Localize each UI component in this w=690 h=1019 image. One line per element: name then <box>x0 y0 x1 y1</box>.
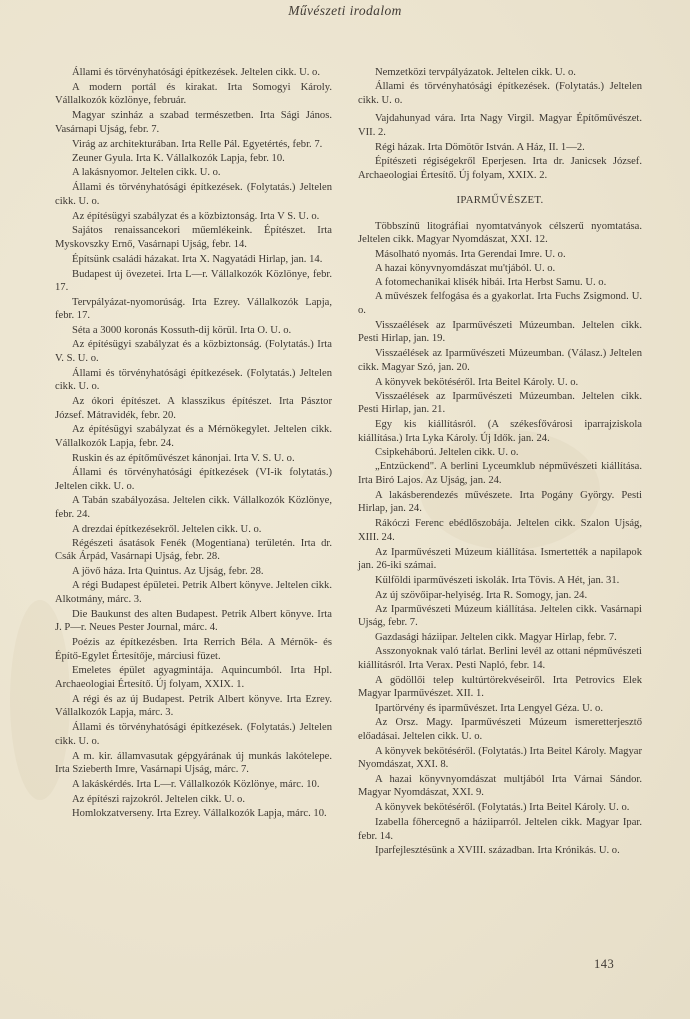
bibliography-entry: A gödöllői telep kultúrtörekvéseiről. Ir… <box>358 674 642 701</box>
bibliography-entry: Állami és törvényhatósági építkezések. (… <box>55 721 332 748</box>
bibliography-entry: A könyvek bekötéséről. (Folytatás.) Irta… <box>358 801 642 815</box>
bibliography-entry: Régi házak. Irta Dömötör István. A Ház, … <box>358 141 642 155</box>
bibliography-entry: Izabella főhercegnő a háziiparról. Jelte… <box>358 816 642 843</box>
bibliography-entry: A lakásberendezés művészete. Irta Pogány… <box>358 489 642 516</box>
bibliography-entry: Vajdahunyad vára. Irta Nagy Virgil. Magy… <box>358 112 642 139</box>
bibliography-entry: Ipartörvény és iparművészet. Irta Lengye… <box>358 702 642 716</box>
bibliography-entry: Külföldi iparművészeti iskolák. Irta Töv… <box>358 574 642 588</box>
bibliography-entry: Egy kis kiállításról. (A székesfővárosi … <box>358 418 642 445</box>
bibliography-entry: Állami és törvényhatósági építkezések. (… <box>55 367 332 394</box>
bibliography-entry: Állami és törvényhatósági építkezések (V… <box>55 466 332 493</box>
bibliography-entry: Építsünk családi házakat. Irta X. Nagyat… <box>55 253 332 267</box>
bibliography-entry: Régészeti ásatások Fenék (Mogentiana) te… <box>55 537 332 564</box>
bibliography-entry: Az építésügyi szabályzat és a közbiztons… <box>55 210 332 224</box>
bibliography-entry: Állami és törvényhatósági építkezések. (… <box>358 80 642 107</box>
bibliography-entry: A hazai könyvnyomdászat mu'tjából. U. o. <box>358 262 642 276</box>
bibliography-entry: Sajátos renaissancekori műemlékeink. Épí… <box>55 224 332 251</box>
page-number: 143 <box>594 957 614 972</box>
bibliography-entry: Építészeti régiségekről Eperjesen. Irta … <box>358 155 642 182</box>
bibliography-entry: Az építészi rajzokról. Jeltelen cikk. U.… <box>55 793 332 807</box>
bibliography-entry: Séta a 3000 koronás Kossuth-dij körül. I… <box>55 324 332 338</box>
bibliography-entry: A fotomechanikai klisék hibái. Irta Herb… <box>358 276 642 290</box>
bibliography-entry: Visszaélések az Iparművészeti Múzeumban.… <box>358 319 642 346</box>
bibliography-entry: A művészek felfogása és a gyakorlat. Irt… <box>358 290 642 317</box>
bibliography-entry: Tervpályázat-nyomorúság. Irta Ezrey. Vál… <box>55 296 332 323</box>
left-column: Állami és törvényhatósági építkezések. J… <box>55 66 332 822</box>
bibliography-entry: A régi és az új Budapest. Petrik Albert … <box>55 693 332 720</box>
section-heading: IPARMŰVÉSZET. <box>358 194 642 208</box>
right-column: Nemzetközi tervpályázatok. Jeltelen cikk… <box>358 66 642 859</box>
bibliography-entry: Ruskin és az építőművészet kánonjai. Irt… <box>55 452 332 466</box>
bibliography-entry: Emeletes épület agyagmintája. Aquincumbó… <box>55 664 332 691</box>
running-title: Művészeti irodalom <box>0 3 690 19</box>
bibliography-entry: Visszaélések az Iparművészeti Múzeumban.… <box>358 347 642 374</box>
bibliography-entry: Virág az architekturában. Irta Relle Pál… <box>55 138 332 152</box>
bibliography-entry: Die Baukunst des alten Budapest. Petrik … <box>55 608 332 635</box>
bibliography-entry: Az építésügyi szabályzat és a közbiztons… <box>55 338 332 365</box>
bibliography-entry: Asszonyoknak való tárlat. Berlini levél … <box>358 645 642 672</box>
bibliography-entry: A lakáskérdés. Irta L—r. Vállalkozók Köz… <box>55 778 332 792</box>
bibliography-entry: Az építésügyi szabályzat és a Mérnökegyl… <box>55 423 332 450</box>
bibliography-entry: Rákóczi Ferenc ebédlőszobája. Jeltelen c… <box>358 517 642 544</box>
bibliography-entry: A drezdai építkezésekről. Jeltelen cikk.… <box>55 523 332 537</box>
bibliography-entry: Zeuner Gyula. Irta K. Vállalkozók Lapja,… <box>55 152 332 166</box>
bibliography-entry: A Tabán szabályozása. Jeltelen cikk. Vál… <box>55 494 332 521</box>
bibliography-entry: Iparfejlesztésünk a XVIII. században. Ir… <box>358 844 642 858</box>
bibliography-entry: Az Orsz. Magy. Iparművészeti Múzeum isme… <box>358 716 642 743</box>
bibliography-entry: A lakásnyomor. Jeltelen cikk. U. o. <box>55 166 332 180</box>
bibliography-entry: A m. kir. államvasutak gépgyárának új mu… <box>55 750 332 777</box>
bibliography-entry: Másolható nyomás. Irta Gerendai Imre. U.… <box>358 248 642 262</box>
bibliography-entry: Többszínű litográfiai nyomtatványok céls… <box>358 220 642 247</box>
bibliography-entry: A könyvek bekötéséről. (Folytatás.) Irta… <box>358 745 642 772</box>
bibliography-entry: A modern portál és kirakat. Irta Somogyi… <box>55 81 332 108</box>
bibliography-entry: Magyar szinház a szabad természetben. Ir… <box>55 109 332 136</box>
bibliography-entry: Az Iparművészeti Múzeum kiállítása. Jelt… <box>358 603 642 630</box>
bibliography-entry: Az Iparművészeti Múzeum kiállítása. Isme… <box>358 546 642 573</box>
bibliography-entry: Állami és törvényhatósági építkezések. J… <box>55 66 332 80</box>
bibliography-entry: Budapest új övezetei. Irta L—r. Vállalko… <box>55 268 332 295</box>
bibliography-entry: Gazdasági háziipar. Jeltelen cikk. Magya… <box>358 631 642 645</box>
bibliography-entry: Az új szövőipar-helyiség. Irta R. Somogy… <box>358 589 642 603</box>
bibliography-entry: A könyvek bekötéséről. Irta Beitel Károl… <box>358 376 642 390</box>
bibliography-entry: Poézis az építkezésben. Irta Rerrich Bél… <box>55 636 332 663</box>
bibliography-entry: Homlokzatverseny. Irta Ezrey. Vállalkozó… <box>55 807 332 821</box>
bibliography-entry: Állami és törvényhatósági építkezések. (… <box>55 181 332 208</box>
bibliography-entry: Az ókori építészet. A klasszikus építész… <box>55 395 332 422</box>
bibliography-entry: Nemzetközi tervpályázatok. Jeltelen cikk… <box>358 66 642 80</box>
bibliography-entry: A jövő háza. Irta Quintus. Az Ujság, feb… <box>55 565 332 579</box>
bibliography-entry: „Entzückend". A berlini Lyceumklub népmű… <box>358 460 642 487</box>
bibliography-entry: A hazai könyvnyomdászat multjából Irta V… <box>358 773 642 800</box>
bibliography-entry: A régi Budapest épületei. Petrik Albert … <box>55 579 332 606</box>
bibliography-entry: Csipkeháború. Jeltelen cikk. U. o. <box>358 446 642 460</box>
bibliography-entry: Visszaélések az Iparművészeti Múzeumban.… <box>358 390 642 417</box>
